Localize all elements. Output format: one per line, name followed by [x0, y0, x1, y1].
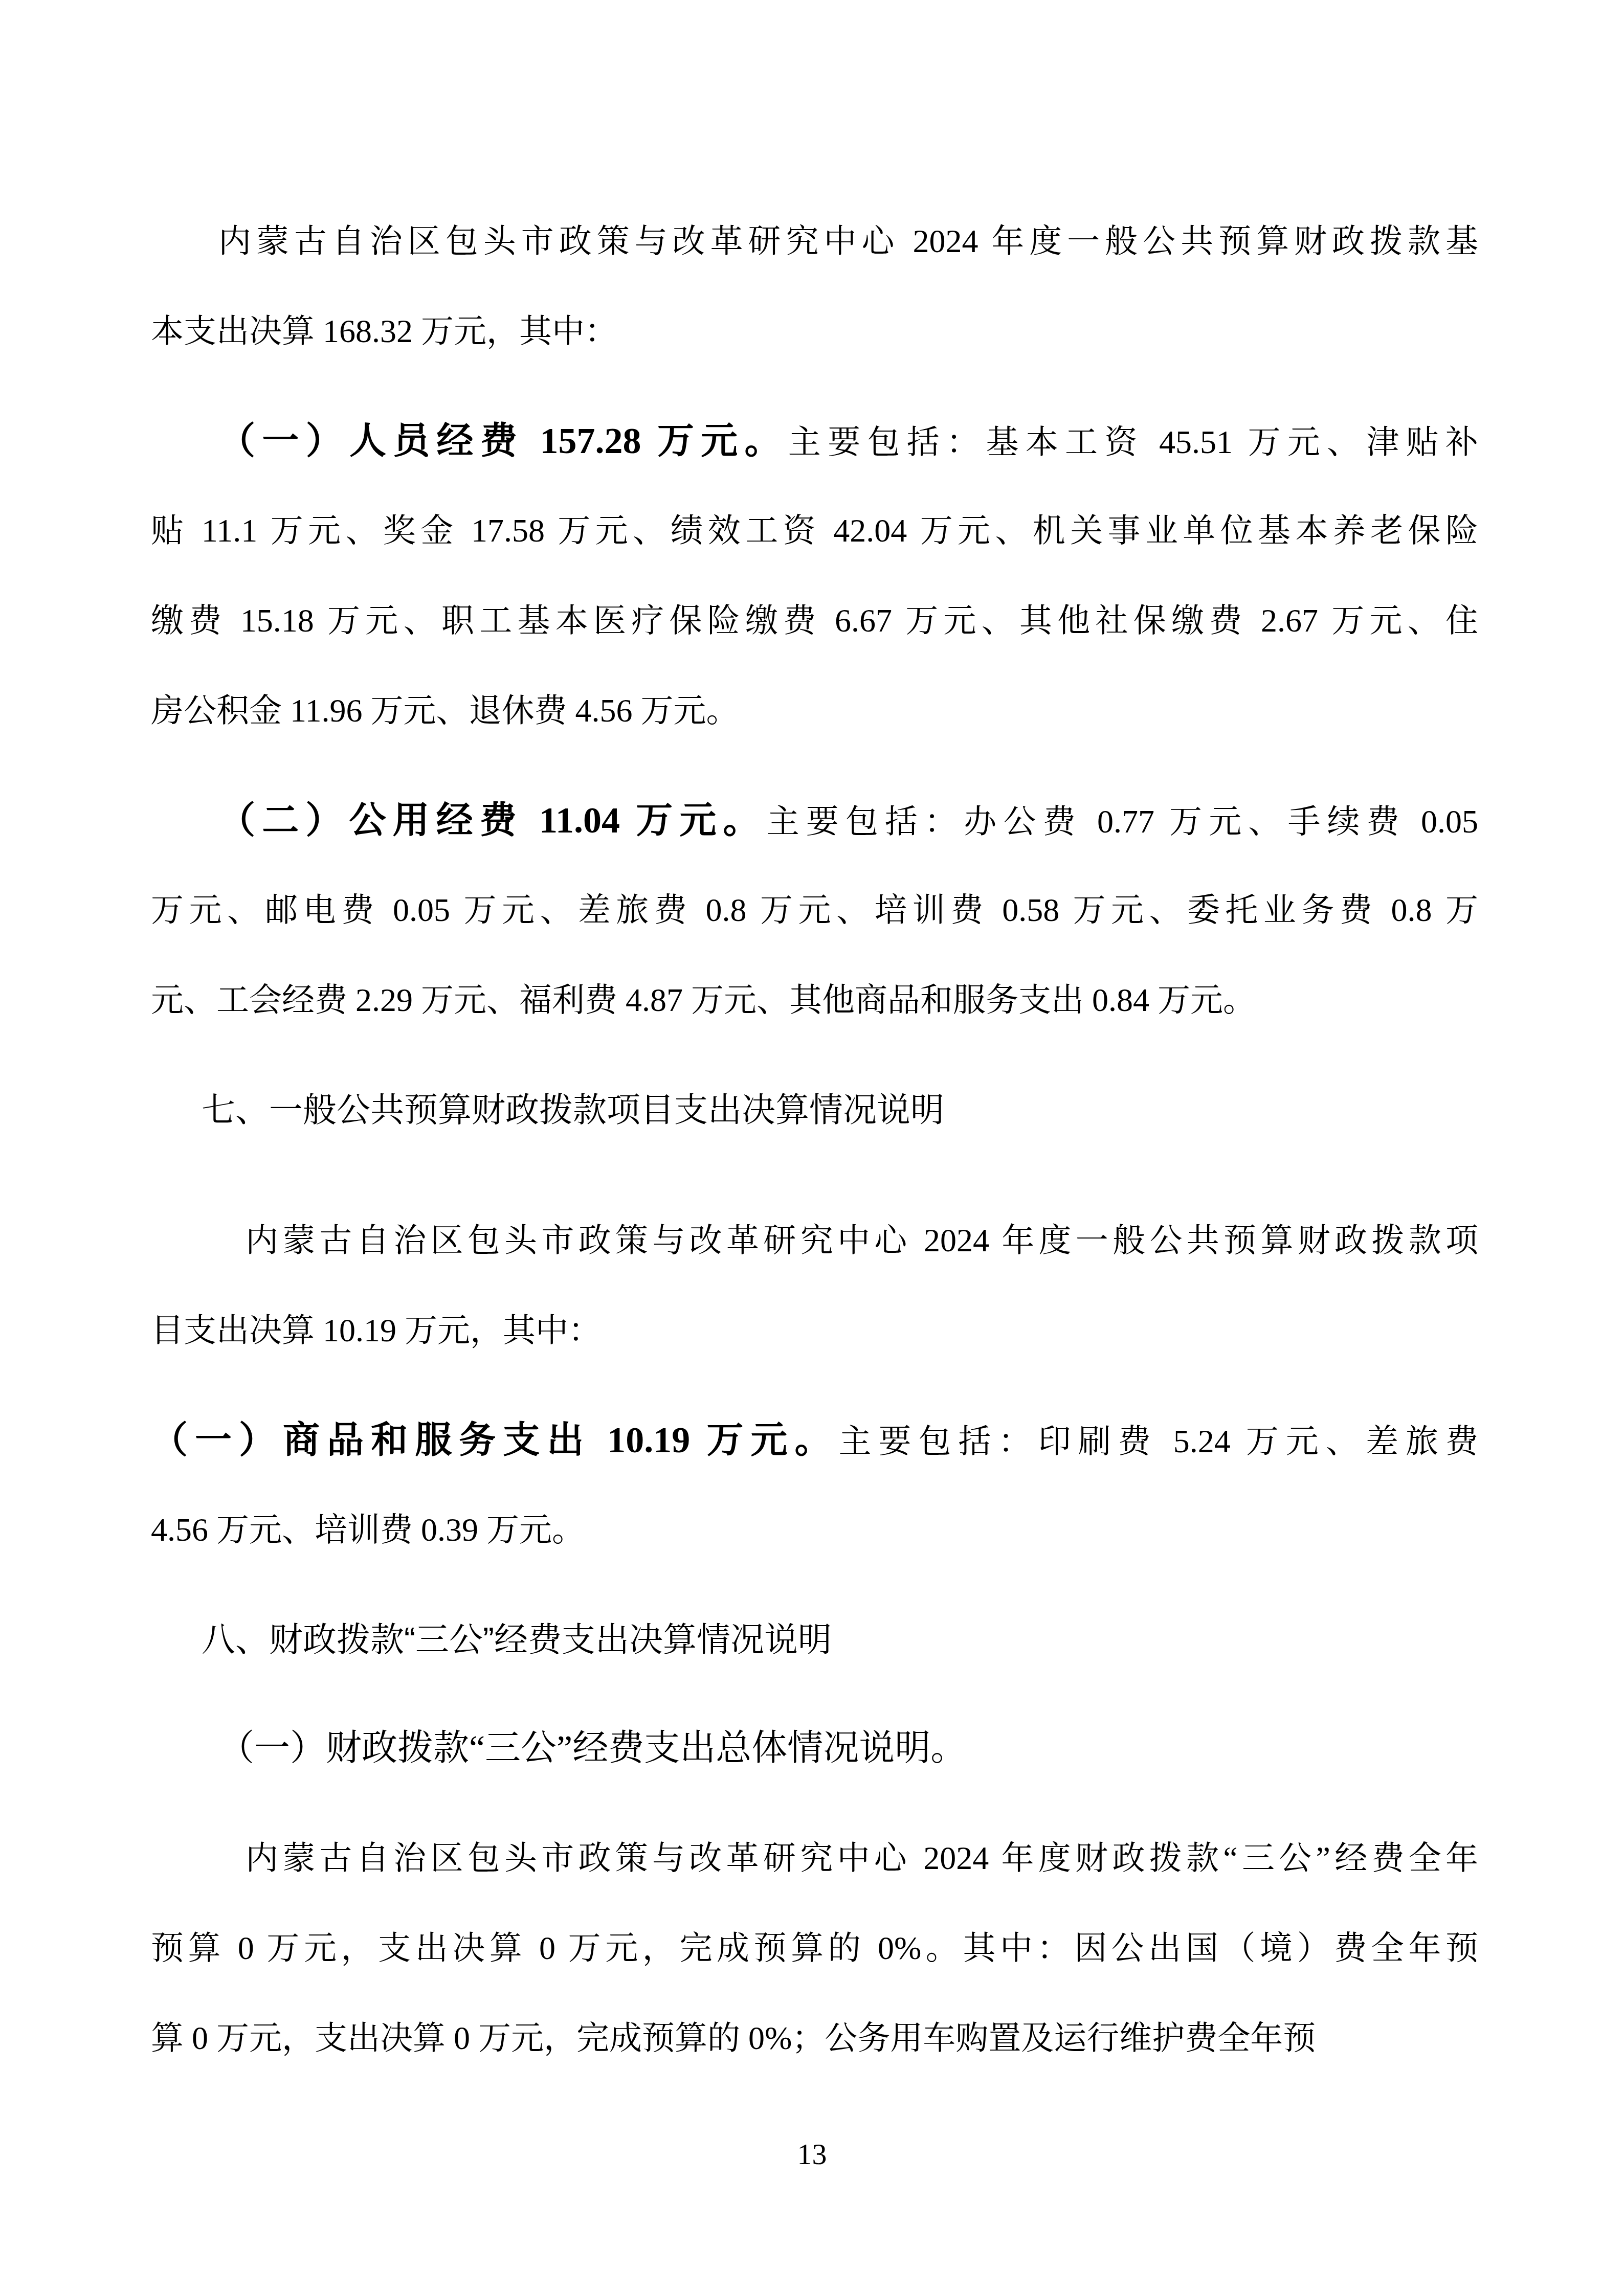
paragraph-line: 万元、邮电费 0.05 万元、差旅费 0.8 万元、培训费 0.58 万元、委托… [151, 865, 1478, 955]
text-segment: （一）人员经费 157.28 万元。 [218, 420, 788, 461]
paragraph-line: 元、工会经费 2.29 万元、福利费 4.87 万元、其他商品和服务支出 0.8… [151, 955, 1478, 1045]
page-number: 13 [0, 2140, 1624, 2169]
paragraph: 内蒙古自治区包头市政策与改革研究中心 2024 年度一般公共预算财政拨款基本支出… [151, 196, 1478, 376]
text-segment: （二）公用经费 11.04 万元。 [218, 800, 767, 841]
paragraph-line: 缴费 15.18 万元、职工基本医疗保险缴费 6.67 万元、其他社保缴费 2.… [151, 576, 1478, 666]
heading-line: 七、一般公共预算财政拨款项目支出决算情况说明 [151, 1065, 1478, 1155]
text-segment: 万元、邮电费 0.05 万元、差旅费 0.8 万元、培训费 0.58 万元、委托… [151, 892, 1478, 928]
text-segment: 缴费 15.18 万元、职工基本医疗保险缴费 6.67 万元、其他社保缴费 2.… [151, 602, 1478, 639]
text-segment: 元、工会经费 2.29 万元、福利费 4.87 万元、其他商品和服务支出 0.8… [151, 982, 1256, 1018]
document-page: 内蒙古自治区包头市政策与改革研究中心 2024 年度一般公共预算财政拨款基本支出… [0, 0, 1624, 2296]
text-segment: 内蒙古自治区包头市政策与改革研究中心 2024 年度财政拨款“三公”经费全年 [246, 1840, 1478, 1876]
document-body: 内蒙古自治区包头市政策与改革研究中心 2024 年度一般公共预算财政拨款基本支出… [0, 0, 1624, 2083]
paragraph-line: （二）公用经费 11.04 万元。主要包括：办公费 0.77 万元、手续费 0.… [151, 775, 1478, 865]
text-segment: （一）财政拨款“三公”经费支出总体情况说明。 [218, 1729, 966, 1768]
paragraph-line: 房公积金 11.96 万元、退休费 4.56 万元。 [151, 666, 1478, 756]
text-segment: 4.56 万元、培训费 0.39 万元。 [151, 1512, 585, 1548]
text-segment: 主要包括：基本工资 45.51 万元、津贴补 [788, 424, 1478, 460]
text-segment: 主要包括：印刷费 5.24 万元、差旅费 [839, 1423, 1479, 1459]
sub-heading: （一）财政拨款“三公”经费支出总体情况说明。 [151, 1704, 1478, 1794]
text-segment: 七、一般公共预算财政拨款项目支出决算情况说明 [202, 1091, 944, 1129]
paragraph-line: 预算 0 万元，支出决算 0 万元，完成预算的 0%。其中：因公出国（境）费全年… [151, 1903, 1478, 1993]
paragraph-line: 算 0 万元，支出决算 0 万元，完成预算的 0%；公务用车购置及运行维护费全年… [151, 1993, 1478, 2083]
paragraph: （一）商品和服务支出 10.19 万元。主要包括：印刷费 5.24 万元、差旅费… [151, 1395, 1478, 1575]
text-segment: 房公积金 11.96 万元、退休费 4.56 万元。 [151, 692, 739, 729]
text-segment: 内蒙古自治区包头市政策与改革研究中心 2024 年度一般公共预算财政拨款项 [246, 1222, 1478, 1258]
paragraph-line: （一）财政拨款“三公”经费支出总体情况说明。 [151, 1704, 1478, 1794]
text-segment: 目支出决算 10.19 万元，其中： [151, 1312, 601, 1348]
paragraph: （二）公用经费 11.04 万元。主要包括：办公费 0.77 万元、手续费 0.… [151, 775, 1478, 1045]
section-heading: 七、一般公共预算财政拨款项目支出决算情况说明 [151, 1065, 1478, 1155]
text-segment: 本支出决算 168.32 万元，其中： [151, 313, 617, 349]
paragraph: （一）人员经费 157.28 万元。主要包括：基本工资 45.51 万元、津贴补… [151, 396, 1478, 756]
paragraph: 内蒙古自治区包头市政策与改革研究中心 2024 年度一般公共预算财政拨款项目支出… [151, 1196, 1478, 1376]
paragraph-line: 4.56 万元、培训费 0.39 万元。 [151, 1485, 1478, 1575]
text-segment: 预算 0 万元，支出决算 0 万元，完成预算的 0%。其中：因公出国（境）费全年… [151, 1930, 1478, 1966]
text-segment: 八、财政拨款“三公”经费支出决算情况说明 [202, 1620, 832, 1658]
paragraph-line: （一）人员经费 157.28 万元。主要包括：基本工资 45.51 万元、津贴补 [151, 396, 1478, 486]
paragraph: 内蒙古自治区包头市政策与改革研究中心 2024 年度财政拨款“三公”经费全年预算… [151, 1813, 1478, 2083]
heading-line: 八、财政拨款“三公”经费支出决算情况说明 [151, 1594, 1478, 1684]
text-segment: 贴 11.1 万元、奖金 17.58 万元、绩效工资 42.04 万元、机关事业… [151, 512, 1478, 549]
paragraph-line: 内蒙古自治区包头市政策与改革研究中心 2024 年度一般公共预算财政拨款项 [151, 1196, 1478, 1286]
text-segment: 内蒙古自治区包头市政策与改革研究中心 2024 年度一般公共预算财政拨款基 [218, 223, 1478, 259]
section-heading: 八、财政拨款“三公”经费支出决算情况说明 [151, 1594, 1478, 1684]
paragraph-line: 目支出决算 10.19 万元，其中： [151, 1286, 1478, 1376]
text-segment: 算 0 万元，支出决算 0 万元，完成预算的 0%；公务用车购置及运行维护费全年… [151, 2020, 1316, 2056]
paragraph-line: 本支出决算 168.32 万元，其中： [151, 286, 1478, 376]
paragraph-line: 贴 11.1 万元、奖金 17.58 万元、绩效工资 42.04 万元、机关事业… [151, 486, 1478, 576]
text-segment: （一）商品和服务支出 10.19 万元。 [151, 1420, 839, 1460]
text-segment: 主要包括：办公费 0.77 万元、手续费 0.05 [767, 803, 1478, 840]
paragraph-line: 内蒙古自治区包头市政策与改革研究中心 2024 年度财政拨款“三公”经费全年 [151, 1813, 1478, 1903]
paragraph-line: 内蒙古自治区包头市政策与改革研究中心 2024 年度一般公共预算财政拨款基 [151, 196, 1478, 286]
paragraph-line: （一）商品和服务支出 10.19 万元。主要包括：印刷费 5.24 万元、差旅费 [151, 1395, 1478, 1485]
